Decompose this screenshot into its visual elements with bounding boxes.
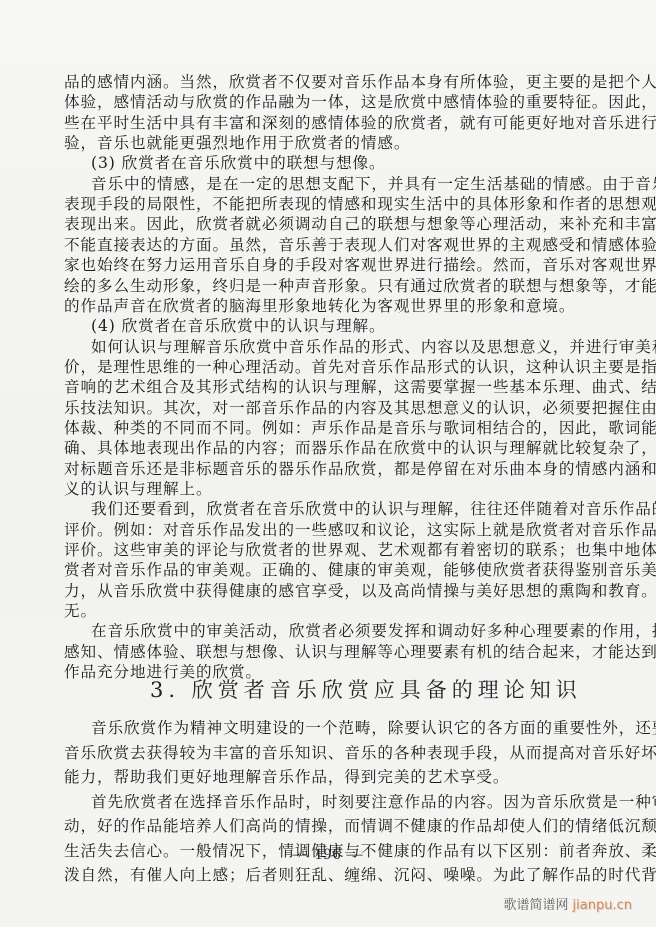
text-line: 体裁、种类的不同而不同。例如：声乐作品是音乐与歌词相结合的，因此，歌词能够明 [64,418,612,438]
text-line: 首先欣赏者在选择音乐作品时，时刻要注意作品的内容。因为音乐欣赏是一种审美活 [91,792,612,812]
text-line: 家也始终在努力运用音乐自身的手段对客观世界进行描绘。然而，音乐对客观世界无论描 [64,255,612,275]
text-line: 音响的艺术组合及其形式结构的认识与理解，这需要掌握一些基本乐理、曲式、结构等音 [64,377,612,397]
text-line: 如何认识与理解音乐欣赏中音乐作品的形式、内容以及思想意义，并进行审美和评 [91,337,612,357]
text-line: 验，音乐也就能更强烈地作用于欣赏者的情感。 [64,133,612,153]
text-line: 表现手段的局限性，不能把所表现的情感和现实生活中的具体形象和作者的思想观念直接 [64,194,612,214]
text-line: 体验，感情活动与欣赏的作品融为一体，这是欣赏中感情体验的重要特征。因此，对于那 [64,92,612,112]
text-line: 价，是理性思维的一种心理活动。首先对音乐作品形式的认识，这种认识主要是指对音乐 [64,357,612,377]
text-line: 音乐欣赏作为精神文明建设的一个范畴，除要认识它的各方面的重要性外，还要通过 [91,718,612,738]
text-line: 的作品声音在欣赏者的脑海里形象地转化为客观世界里的形象和意境。 [64,296,612,316]
text-line: 音乐欣赏去获得较为丰富的音乐知识、音乐的各种表现手段，从而提高对音乐好坏的鉴别 [64,743,612,763]
text-line: 音乐中的情感，是在一定的思想支配下，并具有一定生活基础的情感。由于音乐本身 [91,174,612,194]
text-line: 绘的多么生动形象，终归是一种声音形象。只有通过欣赏者的联想与想象等，才能把欣赏 [64,276,612,296]
text-line: 乐技法知识。其次，对一部音乐作品的内容及其思想意义的认识，必须要把握住由于作品 [64,398,612,418]
text-line: 我们还要看到，欣赏者在音乐欣赏中的认识与理解，往往还伴随着对音乐作品的审美 [91,499,612,519]
text-line: 感知、情感体验、联想与想像、认识与理解等心理要素有机的结合起来，才能达到对音乐 [64,642,612,662]
text-line: 义的认识与理解上。 [64,479,612,499]
text-line: 些在平时生活中具有丰富和深刻的感情体验的欣赏者，就有可能更好地对音乐进行感情体 [64,113,612,133]
watermark-site-name: 歌谱简谱网 [504,898,569,913]
text-line: 力，从音乐欣赏中获得健康的感官享受，以及高尚情操与美好思想的熏陶和教育。反之则 [64,581,612,601]
text-line: 评价。这些审美的评论与欣赏者的世界观、艺术观都有着密切的联系；也集中地体现了欣 [64,540,612,560]
text-line: 泼自然，有催人向上感；后者则狂乱、缠绵、沉闷、噪噪。为此了解作品的时代背景是首 [64,865,612,885]
text-line: 动，好的作品能培养人们高尚的情操，而情调不健康的作品却使人们的情绪低沉颓废、对 [64,816,612,836]
text-line: 确、具体地表现出作品的内容；而器乐作品在欣赏中的认识与理解就比较复杂了，无论是 [64,438,612,458]
text-line: (3) 欣赏者在音乐欣赏中的联想与想像。 [91,153,612,173]
text-line: 品的感情内涵。当然，欣赏者不仅要对音乐作品本身有所体验，更主要的是把个人的生活 [64,72,612,92]
page-number: — 196 — [0,845,656,865]
text-line: 表现出来。因此，欣赏者就必须调动自己的联想与想象等心理活动，来补充和丰富音乐所 [64,214,612,234]
text-line: 赏者对音乐作品的审美观。正确的、健康的审美观，能够使欣赏者获得鉴别音乐美丑的能 [64,560,612,580]
scanned-book-page: 品的感情内涵。当然，欣赏者不仅要对音乐作品本身有所体验，更主要的是把个人的生活体… [0,0,656,927]
watermark-domain: jianpu.cn [573,898,632,913]
text-line: 在音乐欣赏中的审美活动，欣赏者必须要发挥和调动好多种心理要素的作用，把音响 [91,621,612,641]
text-line: 对标题音乐还是非标题音乐的器乐作品欣赏，都是停留在对乐曲本身的情感内涵和社会意 [64,459,612,479]
text-line: 无。 [64,601,612,621]
text-line: 评价。例如：对音乐作品发出的一些感叹和议论，这实际上就是欣赏者对音乐作品的审美 [64,520,612,540]
text-line: 不能直接表达的方面。虽然，音乐善于表现人们对客观世界的主观感受和情感体验；作曲 [64,235,612,255]
section-heading: 3. 欣赏者音乐欣赏应具备的理论知识 [150,676,530,704]
text-line: 能力，帮助我们更好地理解音乐作品，得到完美的艺术享受。 [64,767,612,787]
watermark: 歌谱简谱网jianpu.cn [504,898,632,914]
text-line: (4) 欣赏者在音乐欣赏中的认识与理解。 [91,316,612,336]
